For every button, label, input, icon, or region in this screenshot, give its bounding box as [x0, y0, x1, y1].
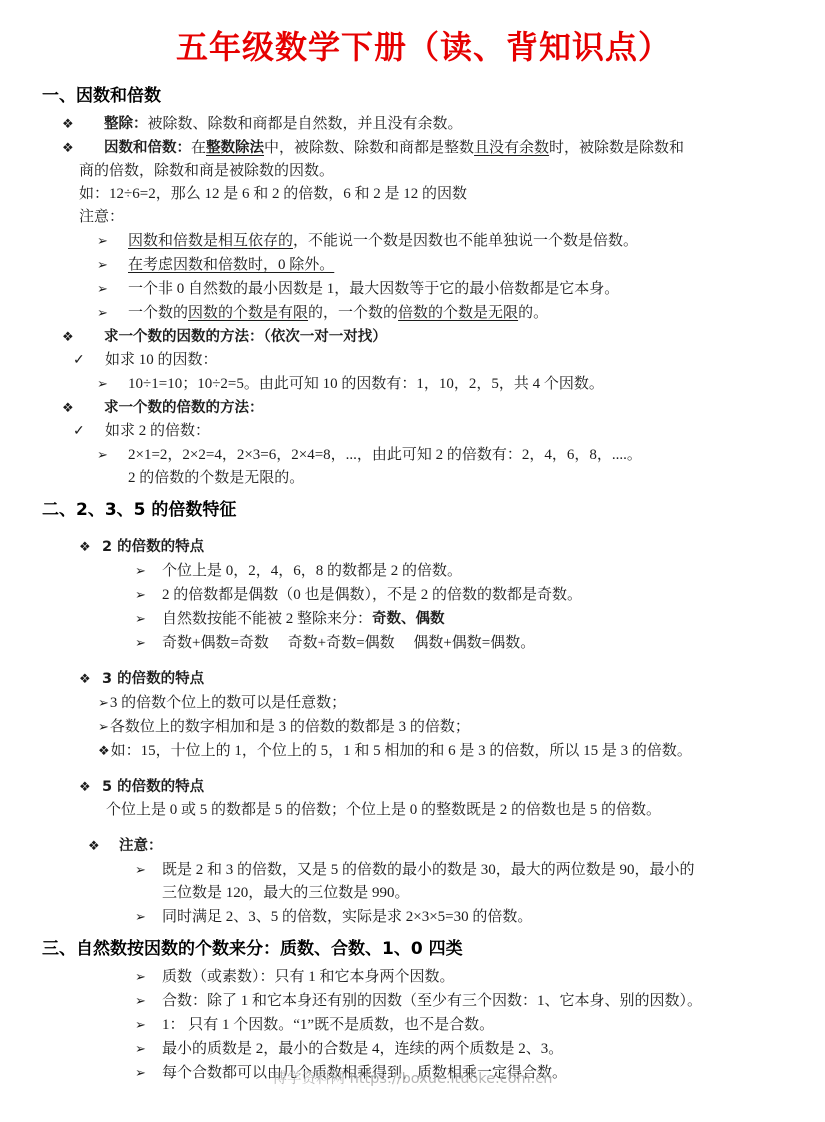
diamond-bullet-icon: ❖ — [79, 775, 102, 798]
text-segment: 如求 2 的倍数： — [105, 423, 210, 439]
check-bullet-icon: ✓ — [73, 349, 105, 372]
doc-line: ➢既是 2 和 3 的倍数，又是 5 的倍数的最小的数是 30，最大的两位数是 … — [42, 858, 805, 882]
text-segment: 且没有余数 — [474, 140, 549, 156]
doc-line: ❖5 的倍数的特点 — [42, 775, 805, 799]
text-segment: 2 的倍数的个数是无限的。 — [128, 470, 304, 486]
doc-line: ➢奇数+偶数=奇数 奇数+奇数=偶数 偶数+偶数=偶数。 — [42, 631, 805, 655]
page-footer: 博学资料网 https://boxue.ituoke.com.cn — [0, 1067, 825, 1088]
line-text: 注意： — [79, 206, 805, 229]
line-text: 个位上是 0，2，4，6，8 的数都是 2 的倍数。 — [162, 560, 805, 583]
line-text: 5 的倍数的特点 — [102, 776, 805, 799]
doc-line: ❖2 的倍数的特点 — [42, 535, 805, 559]
doc-line: ➢最小的质数是 2，最小的合数是 4，连续的两个质数是 2、3。 — [42, 1037, 805, 1061]
text-segment: 同时满足 2、3、5 的倍数，实际是求 2×3×5=30 的倍数。 — [162, 909, 532, 925]
text-segment: 2 的倍数都是偶数（0 也是偶数），不是 2 的倍数的数都是奇数。 — [162, 587, 582, 603]
text-segment: 质数（或素数）：只有 1 和它本身两个因数。 — [162, 969, 455, 985]
doc-line: ➢质数（或素数）：只有 1 和它本身两个因数。 — [42, 965, 805, 989]
doc-line: ➢一个非 0 自然数的最小因数是 1，最大因数等于它的最小倍数都是它本身。 — [42, 277, 805, 301]
line-text: 2 的倍数的个数是无限的。 — [128, 467, 805, 490]
text-segment: 奇数、偶数 — [372, 611, 445, 627]
line-text: 整除：被除数、除数和商都是自然数，并且没有余数。 — [104, 113, 805, 136]
text-segment: 如求 10 的因数： — [105, 352, 218, 368]
arrow-bullet-icon: ➢ — [135, 989, 162, 1012]
line-text: 既是 2 和 3 的倍数，又是 5 的倍数的最小的数是 30，最大的两位数是 9… — [162, 859, 805, 882]
line-text: 同时满足 2、3、5 的倍数，实际是求 2×3×5=30 的倍数。 — [162, 906, 805, 929]
doc-line: ➢个位上是 0，2，4，6，8 的数都是 2 的倍数。 — [42, 559, 805, 583]
line-text: 1： 只有 1 个因数。“1”既不是质数，也不是合数。 — [162, 1014, 805, 1037]
line-text: 如：15，十位上的 1，个位上的 5，1 和 5 相加的和 6 是 3 的倍数，… — [111, 740, 805, 763]
text-segment: 既是 2 和 3 的倍数，又是 5 的倍数的最小的数是 30，最大的两位数是 9… — [162, 862, 695, 878]
text-segment: 一个非 0 自然数的最小因数是 1，最大因数等于它的最小倍数都是它本身。 — [128, 281, 619, 297]
doc-line: 如：12÷6=2，那么 12 是 6 和 2 的倍数，6 和 2 是 12 的因… — [42, 183, 805, 206]
doc-line: ❖因数和倍数：在整数除法中，被除数、除数和商都是整数且没有余数时，被除数是除数和 — [42, 136, 805, 160]
arrow-bullet-icon: ➢ — [97, 372, 128, 395]
text-segment: 因数和倍数： — [104, 140, 191, 156]
footer-text: 博学资料网 https://boxue.ituoke.com.cn — [273, 1071, 553, 1087]
line-text: 在考虑因数和倍数时，0 除外。 — [128, 254, 805, 277]
line-text: 如求 10 的因数： — [105, 349, 805, 372]
text-segment: 2×1=2，2×2=4，2×3=6，2×4=8，...，由此可知 2 的倍数有：… — [128, 447, 642, 463]
text-segment: 注意： — [79, 209, 124, 225]
line-text: 一个非 0 自然数的最小因数是 1，最大因数等于它的最小倍数都是它本身。 — [128, 278, 805, 301]
line-text: 因数和倍数是相互依存的，不能说一个数是因数也不能单独说一个数是倍数。 — [128, 230, 805, 253]
arrow-bullet-icon: ➢ — [135, 607, 162, 630]
text-segment: 自然数按能不能被 2 整除来分： — [162, 611, 372, 627]
text-segment: 奇数+偶数=奇数 奇数+奇数=偶数 偶数+偶数=偶数。 — [162, 635, 535, 651]
line-text: 个位上是 0 或 5 的数都是 5 的倍数；个位上是 0 的整数既是 2 的倍数… — [106, 799, 805, 822]
doc-body: 一、因数和倍数❖整除：被除数、除数和商都是自然数，并且没有余数。❖因数和倍数：在… — [42, 84, 805, 1085]
arrow-bullet-icon: ➢ — [135, 1037, 162, 1060]
text-segment: 在 — [191, 140, 206, 156]
text-segment: 如：12÷6=2，那么 12 是 6 和 2 的倍数，6 和 2 是 12 的因… — [79, 186, 467, 202]
doc-line: ➢因数和倍数是相互依存的，不能说一个数是因数也不能单独说一个数是倍数。 — [42, 229, 805, 253]
text-segment: 2 的倍数的特点 — [102, 539, 204, 555]
diamond-bullet-icon: ❖ — [62, 325, 104, 348]
line-text: 3 的倍数个位上的数可以是任意数； — [110, 692, 805, 715]
diamond-bullet-icon: ❖ — [62, 112, 104, 135]
text-segment: 在考虑因数和倍数时，0 除外。 — [128, 257, 334, 273]
line-text: 一个数的因数的个数是有限的，一个数的倍数的个数是无限的。 — [128, 302, 805, 325]
line-text: 最小的质数是 2，最小的合数是 4，连续的两个质数是 2、3。 — [162, 1038, 805, 1061]
text-segment: 各数位上的数字相加和是 3 的倍数的数都是 3 的倍数； — [110, 719, 470, 735]
line-text: 商的倍数，除数和商是被除数的因数。 — [79, 160, 805, 183]
line-text: 因数和倍数：在整数除法中，被除数、除数和商都是整数且没有余数时，被除数是除数和 — [104, 137, 805, 160]
check-bullet-icon: ✓ — [73, 420, 105, 443]
arrow-bullet-icon: ➢ — [135, 631, 162, 654]
diamond-bullet-icon: ❖ — [79, 667, 102, 690]
diamond-bullet-icon: ❖ — [98, 739, 111, 762]
arrow-bullet-icon: ➢ — [135, 905, 162, 928]
doc-line: ✓如求 2 的倍数： — [42, 420, 805, 443]
diamond-bullet-icon: ❖ — [79, 535, 102, 558]
text-segment: 的。 — [518, 305, 548, 321]
text-segment: 商的倍数，除数和商是被除数的因数。 — [79, 163, 334, 179]
line-text: 3 的倍数的特点 — [102, 668, 805, 691]
line-text: 求一个数的倍数的方法： — [104, 397, 805, 420]
text-segment: 中，被除数、除数和商都是整数 — [264, 140, 474, 156]
text-segment: 3 的倍数的特点 — [102, 671, 204, 687]
doc-line: ➢3 的倍数个位上的数可以是任意数； — [42, 691, 805, 715]
text-segment: 如：15，十位上的 1，个位上的 5，1 和 5 相加的和 6 是 3 的倍数，… — [111, 743, 692, 759]
text-segment: 5 的倍数的特点 — [102, 779, 204, 795]
line-text: 注意： — [119, 835, 805, 858]
section-heading: 一、因数和倍数 — [42, 84, 805, 109]
text-segment: 被除数、除数和商都是自然数，并且没有余数。 — [148, 116, 463, 132]
line-text: 求一个数的因数的方法：（依次一对一对找） — [104, 326, 805, 349]
text-segment: 一个数的 — [128, 305, 188, 321]
text-segment: 整数除法 — [206, 140, 264, 156]
text-segment: 整除： — [104, 116, 148, 132]
text-segment: 三位数是 120，最大的三位数是 990。 — [162, 885, 410, 901]
doc-line: ➢1： 只有 1 个因数。“1”既不是质数，也不是合数。 — [42, 1013, 805, 1037]
line-text: 2 的倍数都是偶数（0 也是偶数），不是 2 的倍数的数都是奇数。 — [162, 584, 805, 607]
text-segment: 因数和倍数是相互依存的 — [128, 233, 293, 249]
diamond-bullet-icon: ❖ — [88, 834, 119, 857]
line-text: 自然数按能不能被 2 整除来分：奇数、偶数 — [162, 608, 805, 631]
diamond-bullet-icon: ❖ — [62, 396, 104, 419]
arrow-bullet-icon: ➢ — [97, 301, 128, 324]
line-text: 2×1=2，2×2=4，2×3=6，2×4=8，...，由此可知 2 的倍数有：… — [128, 444, 805, 467]
arrow-bullet-icon: ➢ — [97, 443, 128, 466]
text-segment: 的，一个数的 — [308, 305, 398, 321]
line-text: 奇数+偶数=奇数 奇数+奇数=偶数 偶数+偶数=偶数。 — [162, 632, 805, 655]
doc-line: 注意： — [42, 206, 805, 229]
doc-line: 2 的倍数的个数是无限的。 — [42, 467, 805, 490]
line-text: 质数（或素数）：只有 1 和它本身两个因数。 — [162, 966, 805, 989]
arrow-bullet-icon: ➢ — [97, 277, 128, 300]
text-segment: 注意： — [119, 838, 163, 854]
doc-line: ➢10÷1=10；10÷2=5。由此可知 10 的因数有：1，10，2，5，共 … — [42, 372, 805, 396]
doc-line: ➢2 的倍数都是偶数（0 也是偶数），不是 2 的倍数的数都是奇数。 — [42, 583, 805, 607]
doc-line: ➢一个数的因数的个数是有限的，一个数的倍数的个数是无限的。 — [42, 301, 805, 325]
text-segment: 求一个数的因数的方法：（依次一对一对找） — [104, 329, 387, 345]
text-segment: 个位上是 0，2，4，6，8 的数都是 2 的倍数。 — [162, 563, 462, 579]
doc-line: ➢2×1=2，2×2=4，2×3=6，2×4=8，...，由此可知 2 的倍数有… — [42, 443, 805, 467]
arrow-bullet-icon: ➢ — [135, 1013, 162, 1036]
doc-line: ❖注意： — [42, 834, 805, 858]
line-text: 各数位上的数字相加和是 3 的倍数的数都是 3 的倍数； — [110, 716, 805, 739]
doc-line: ➢各数位上的数字相加和是 3 的倍数的数都是 3 的倍数； — [42, 715, 805, 739]
line-text: 合数：除了 1 和它本身还有别的因数（至少有三个因数：1、它本身、别的因数）。 — [162, 990, 805, 1013]
arrow-bullet-icon: ➢ — [97, 253, 128, 276]
document-page: 五年级数学下册（读、背知识点） 一、因数和倍数❖整除：被除数、除数和商都是自然数… — [0, 0, 825, 1122]
text-segment: 时，被除数是除数和 — [549, 140, 684, 156]
line-text: 三位数是 120，最大的三位数是 990。 — [162, 882, 805, 905]
doc-line: 三位数是 120，最大的三位数是 990。 — [42, 882, 805, 905]
doc-line: ❖整除：被除数、除数和商都是自然数，并且没有余数。 — [42, 112, 805, 136]
arrow-bullet-icon: ➢ — [98, 691, 110, 714]
diamond-bullet-icon: ❖ — [62, 136, 104, 159]
doc-line: ❖求一个数的倍数的方法： — [42, 396, 805, 420]
text-segment: 3 的倍数个位上的数可以是任意数； — [110, 695, 346, 711]
text-segment: 求一个数的倍数的方法： — [104, 400, 264, 416]
text-segment: 最小的质数是 2，最小的合数是 4，连续的两个质数是 2、3。 — [162, 1041, 563, 1057]
doc-line: ❖3 的倍数的特点 — [42, 667, 805, 691]
doc-title: 五年级数学下册（读、背知识点） — [42, 26, 805, 68]
section-heading: 二、2、3、5 的倍数特征 — [42, 498, 805, 523]
arrow-bullet-icon: ➢ — [135, 965, 162, 988]
arrow-bullet-icon: ➢ — [97, 229, 128, 252]
doc-line: ➢同时满足 2、3、5 的倍数，实际是求 2×3×5=30 的倍数。 — [42, 905, 805, 929]
text-segment: 倍数的个数是无限 — [398, 305, 518, 321]
text-segment: 1： 只有 1 个因数。“1”既不是质数，也不是合数。 — [162, 1017, 494, 1033]
arrow-bullet-icon: ➢ — [135, 858, 162, 881]
arrow-bullet-icon: ➢ — [98, 715, 110, 738]
doc-line: 商的倍数，除数和商是被除数的因数。 — [42, 160, 805, 183]
text-segment: 合数：除了 1 和它本身还有别的因数（至少有三个因数：1、它本身、别的因数）。 — [162, 993, 702, 1009]
text-segment: 个位上是 0 或 5 的数都是 5 的倍数；个位上是 0 的整数既是 2 的倍数… — [106, 802, 661, 818]
text-segment: ，不能说一个数是因数也不能单独说一个数是倍数。 — [293, 233, 638, 249]
line-text: 如求 2 的倍数： — [105, 420, 805, 443]
arrow-bullet-icon: ➢ — [135, 583, 162, 606]
doc-line: 个位上是 0 或 5 的数都是 5 的倍数；个位上是 0 的整数既是 2 的倍数… — [42, 799, 805, 822]
doc-line: ➢合数：除了 1 和它本身还有别的因数（至少有三个因数：1、它本身、别的因数）。 — [42, 989, 805, 1013]
doc-line: ❖求一个数的因数的方法：（依次一对一对找） — [42, 325, 805, 349]
section-heading: 三、自然数按因数的个数来分：质数、合数、1、0 四类 — [42, 937, 805, 962]
line-text: 如：12÷6=2，那么 12 是 6 和 2 的倍数，6 和 2 是 12 的因… — [79, 183, 805, 206]
doc-line: ➢自然数按能不能被 2 整除来分：奇数、偶数 — [42, 607, 805, 631]
text-segment: 因数的个数是有限 — [188, 305, 308, 321]
doc-line: ❖如：15，十位上的 1，个位上的 5，1 和 5 相加的和 6 是 3 的倍数… — [42, 739, 805, 763]
line-text: 10÷1=10；10÷2=5。由此可知 10 的因数有：1，10，2，5，共 4… — [128, 373, 805, 396]
doc-line: ✓如求 10 的因数： — [42, 349, 805, 372]
text-segment: 10÷1=10；10÷2=5。由此可知 10 的因数有：1，10，2，5，共 4… — [128, 376, 604, 392]
line-text: 2 的倍数的特点 — [102, 536, 805, 559]
doc-line: ➢在考虑因数和倍数时，0 除外。 — [42, 253, 805, 277]
arrow-bullet-icon: ➢ — [135, 559, 162, 582]
